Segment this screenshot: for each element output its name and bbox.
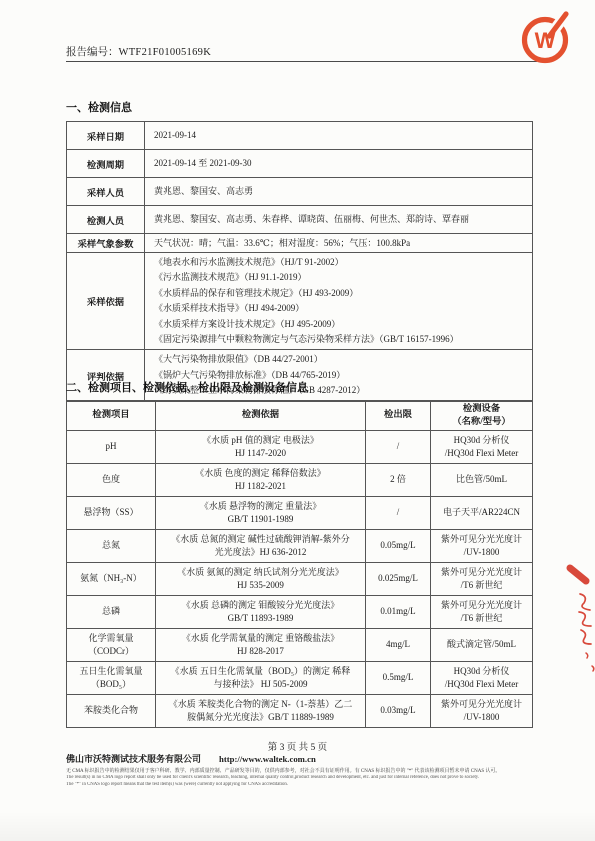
cell-limit: 0.025mg/L [366,563,431,596]
cell-limit: / [366,431,431,464]
cell-method: 《水质 pH 值的测定 电极法》 HJ 1147-2020 [156,431,366,464]
detection-table-header-row: 检测项目 检测依据 检出限 检测设备 （名称/型号） [67,401,533,431]
cell-device: HQ30d 分析仪 /HQ30d Flexi Meter [431,662,533,695]
col-header-method: 检测依据 [156,401,366,431]
cell-limit: 2 倍 [366,464,431,497]
cell-method: 《水质 总氮的测定 碱性过硫酸钾消解-紫外分 光光度法》HJ 636-2012 [156,530,366,563]
cell-limit: 0.05mg/L [366,530,431,563]
info-table-row: 采样依据 《地表水和污水监测技术规范》（HJ/T 91-2002） 《污水监测技… [67,253,533,350]
cell-item: 五日生化需氧量 （BOD₅） [67,662,156,695]
detection-table-row: pH 《水质 pH 值的测定 电极法》 HJ 1147-2020 / HQ30d… [67,431,533,464]
info-row-label: 采样依据 [67,253,145,350]
detection-table-row: 总氮 《水质 总氮的测定 碱性过硫酸钾消解-紫外分 光光度法》HJ 636-20… [67,530,533,563]
page-number: 第 3 页 共 5 页 [0,739,595,753]
cell-device: HQ30d 分析仪 /HQ30d Flexi Meter [431,431,533,464]
info-row-value: 天气状况：晴；气温：33.6℃；相对湿度：56%；气压：100.8kPa [145,234,533,253]
cell-device: 比色管/50mL [431,464,533,497]
cell-item: 氨氮（NH₃-N） [67,563,156,596]
cell-limit: 0.03mg/L [366,695,431,728]
cell-item: 苯胺类化合物 [67,695,156,728]
info-row-value: 2021-09-14 至 2021-09-30 [145,150,533,178]
cell-limit: 0.5mg/L [366,662,431,695]
cell-device: 紫外可见分光光度计 /T6 新世纪 [431,596,533,629]
company-name: 佛山市沃特测试技术服务有限公司 [66,754,201,764]
info-row-label: 采样人员 [67,178,145,206]
info-row-label: 检测人员 [67,206,145,234]
cell-method: 《水质 色度的测定 稀释倍数法》 HJ 1182-2021 [156,464,366,497]
info-row-value: 黄兆恩、黎国安、高志勇 [145,178,533,206]
red-stamp-mark [562,550,595,675]
disclaimer-en-2: The "*" in CNAS logo report means that t… [66,782,587,787]
cell-item: 色度 [67,464,156,497]
cell-device: 酸式滴定管/50mL [431,629,533,662]
cell-method: 《水质 化学需氧量的测定 重铬酸盐法》 HJ 828-2017 [156,629,366,662]
detection-table-row: 五日生化需氧量 （BOD₅） 《水质 五日生化需氧量（BOD₅）的测定 稀释 与… [67,662,533,695]
disclaimer-zh: 无 CMA 标识报告中的检测结果仅用于客户科研、教学、内部质量控制、产品研发等目… [66,767,587,774]
col-header-limit: 检出限 [366,401,431,431]
cell-method: 《水质 悬浮物的测定 重量法》 GB/T 11901-1989 [156,497,366,530]
cell-method: 《水质 氨氮的测定 纳氏试剂分光光度法》 HJ 535-2009 [156,563,366,596]
col-header-item: 检测项目 [67,401,156,431]
col-header-device: 检测设备 （名称/型号） [431,401,533,431]
info-row-label: 检测周期 [67,150,145,178]
detection-table: 检测项目 检测依据 检出限 检测设备 （名称/型号） pH 《水质 pH 值的测… [66,400,533,728]
cell-device: 紫外可见分光光度计 /T6 新世纪 [431,563,533,596]
cell-item: 化学需氧量 （CODCr） [67,629,156,662]
report-page: 报告编号：WTF21F01005169K W 一、检测信息 采样日期 2021-… [0,0,595,841]
detection-table-row: 苯胺类化合物 《水质 苯胺类化合物的测定 N-（1-萘基）乙二 胺偶氮分光光度法… [67,695,533,728]
section-1-title: 一、检测信息 [66,99,132,115]
company-line: 佛山市沃特测试技术服务有限公司http://www.waltek.com.cn [66,752,316,765]
info-table-row: 检测周期 2021-09-14 至 2021-09-30 [67,150,533,178]
info-table-row: 检测人员 黄兆恩、黎国安、高志勇、朱春桦、谭晓茵、伍丽梅、何世杰、郑韵诗、覃春丽 [67,206,533,234]
report-number: 报告编号：WTF21F01005169K [66,44,211,59]
info-row-label: 采样气象参数 [67,234,145,253]
disclaimer-en-1: The result(s) in no CMA logo report shal… [66,775,587,780]
cell-device: 紫外可见分光光度计 /UV-1800 [431,695,533,728]
detection-table-row: 色度 《水质 色度的测定 稀释倍数法》 HJ 1182-2021 2 倍 比色管… [67,464,533,497]
cell-method: 《水质 五日生化需氧量（BOD₅）的测定 稀释 与接种法》 HJ 505-200… [156,662,366,695]
detection-table-row: 总磷 《水质 总磷的测定 钼酸铵分光光度法》 GB/T 11893-1989 0… [67,596,533,629]
cell-method: 《水质 苯胺类化合物的测定 N-（1-萘基）乙二 胺偶氮分光光度法》GB/T 1… [156,695,366,728]
info-table-row: 采样气象参数 天气状况：晴；气温：33.6℃；相对湿度：56%；气压：100.8… [67,234,533,253]
report-number-label: 报告编号： [66,47,119,58]
company-website: http://www.waltek.com.cn [219,754,316,764]
cell-item: 总磷 [67,596,156,629]
cell-device: 电子天平/AR224CN [431,497,533,530]
report-number-value: WTF21F01005169K [119,47,212,58]
cell-item: 总氮 [67,530,156,563]
cell-method: 《水质 总磷的测定 钼酸铵分光光度法》 GB/T 11893-1989 [156,596,366,629]
info-row-value: 2021-09-14 [145,122,533,150]
cell-limit: / [366,497,431,530]
info-table: 采样日期 2021-09-14 检测周期 2021-09-14 至 2021-0… [66,121,533,402]
cell-item: pH [67,431,156,464]
info-table-row: 采样日期 2021-09-14 [67,122,533,150]
cell-device: 紫外可见分光光度计 /UV-1800 [431,530,533,563]
section-2-title: 二、检测项目、检测依据、检出限及检测设备信息 [66,379,308,395]
cell-limit: 4mg/L [366,629,431,662]
detection-table-row: 悬浮物（SS） 《水质 悬浮物的测定 重量法》 GB/T 11901-1989 … [67,497,533,530]
info-table-row: 采样人员 黄兆恩、黎国安、高志勇 [67,178,533,206]
detection-table-row: 化学需氧量 （CODCr） 《水质 化学需氧量的测定 重铬酸盐法》 HJ 828… [67,629,533,662]
info-row-value: 黄兆恩、黎国安、高志勇、朱春桦、谭晓茵、伍丽梅、何世杰、郑韵诗、覃春丽 [145,206,533,234]
cell-limit: 0.01mg/L [366,596,431,629]
waltek-logo-icon: W [516,9,578,65]
detection-table-row: 氨氮（NH₃-N） 《水质 氨氮的测定 纳氏试剂分光光度法》 HJ 535-20… [67,563,533,596]
info-row-label: 采样日期 [67,122,145,150]
logo-letter: W [535,28,556,53]
header-divider [66,61,537,62]
cell-item: 悬浮物（SS） [67,497,156,530]
info-row-value: 《地表水和污水监测技术规范》（HJ/T 91-2002） 《污水监测技术规范》（… [145,253,533,350]
